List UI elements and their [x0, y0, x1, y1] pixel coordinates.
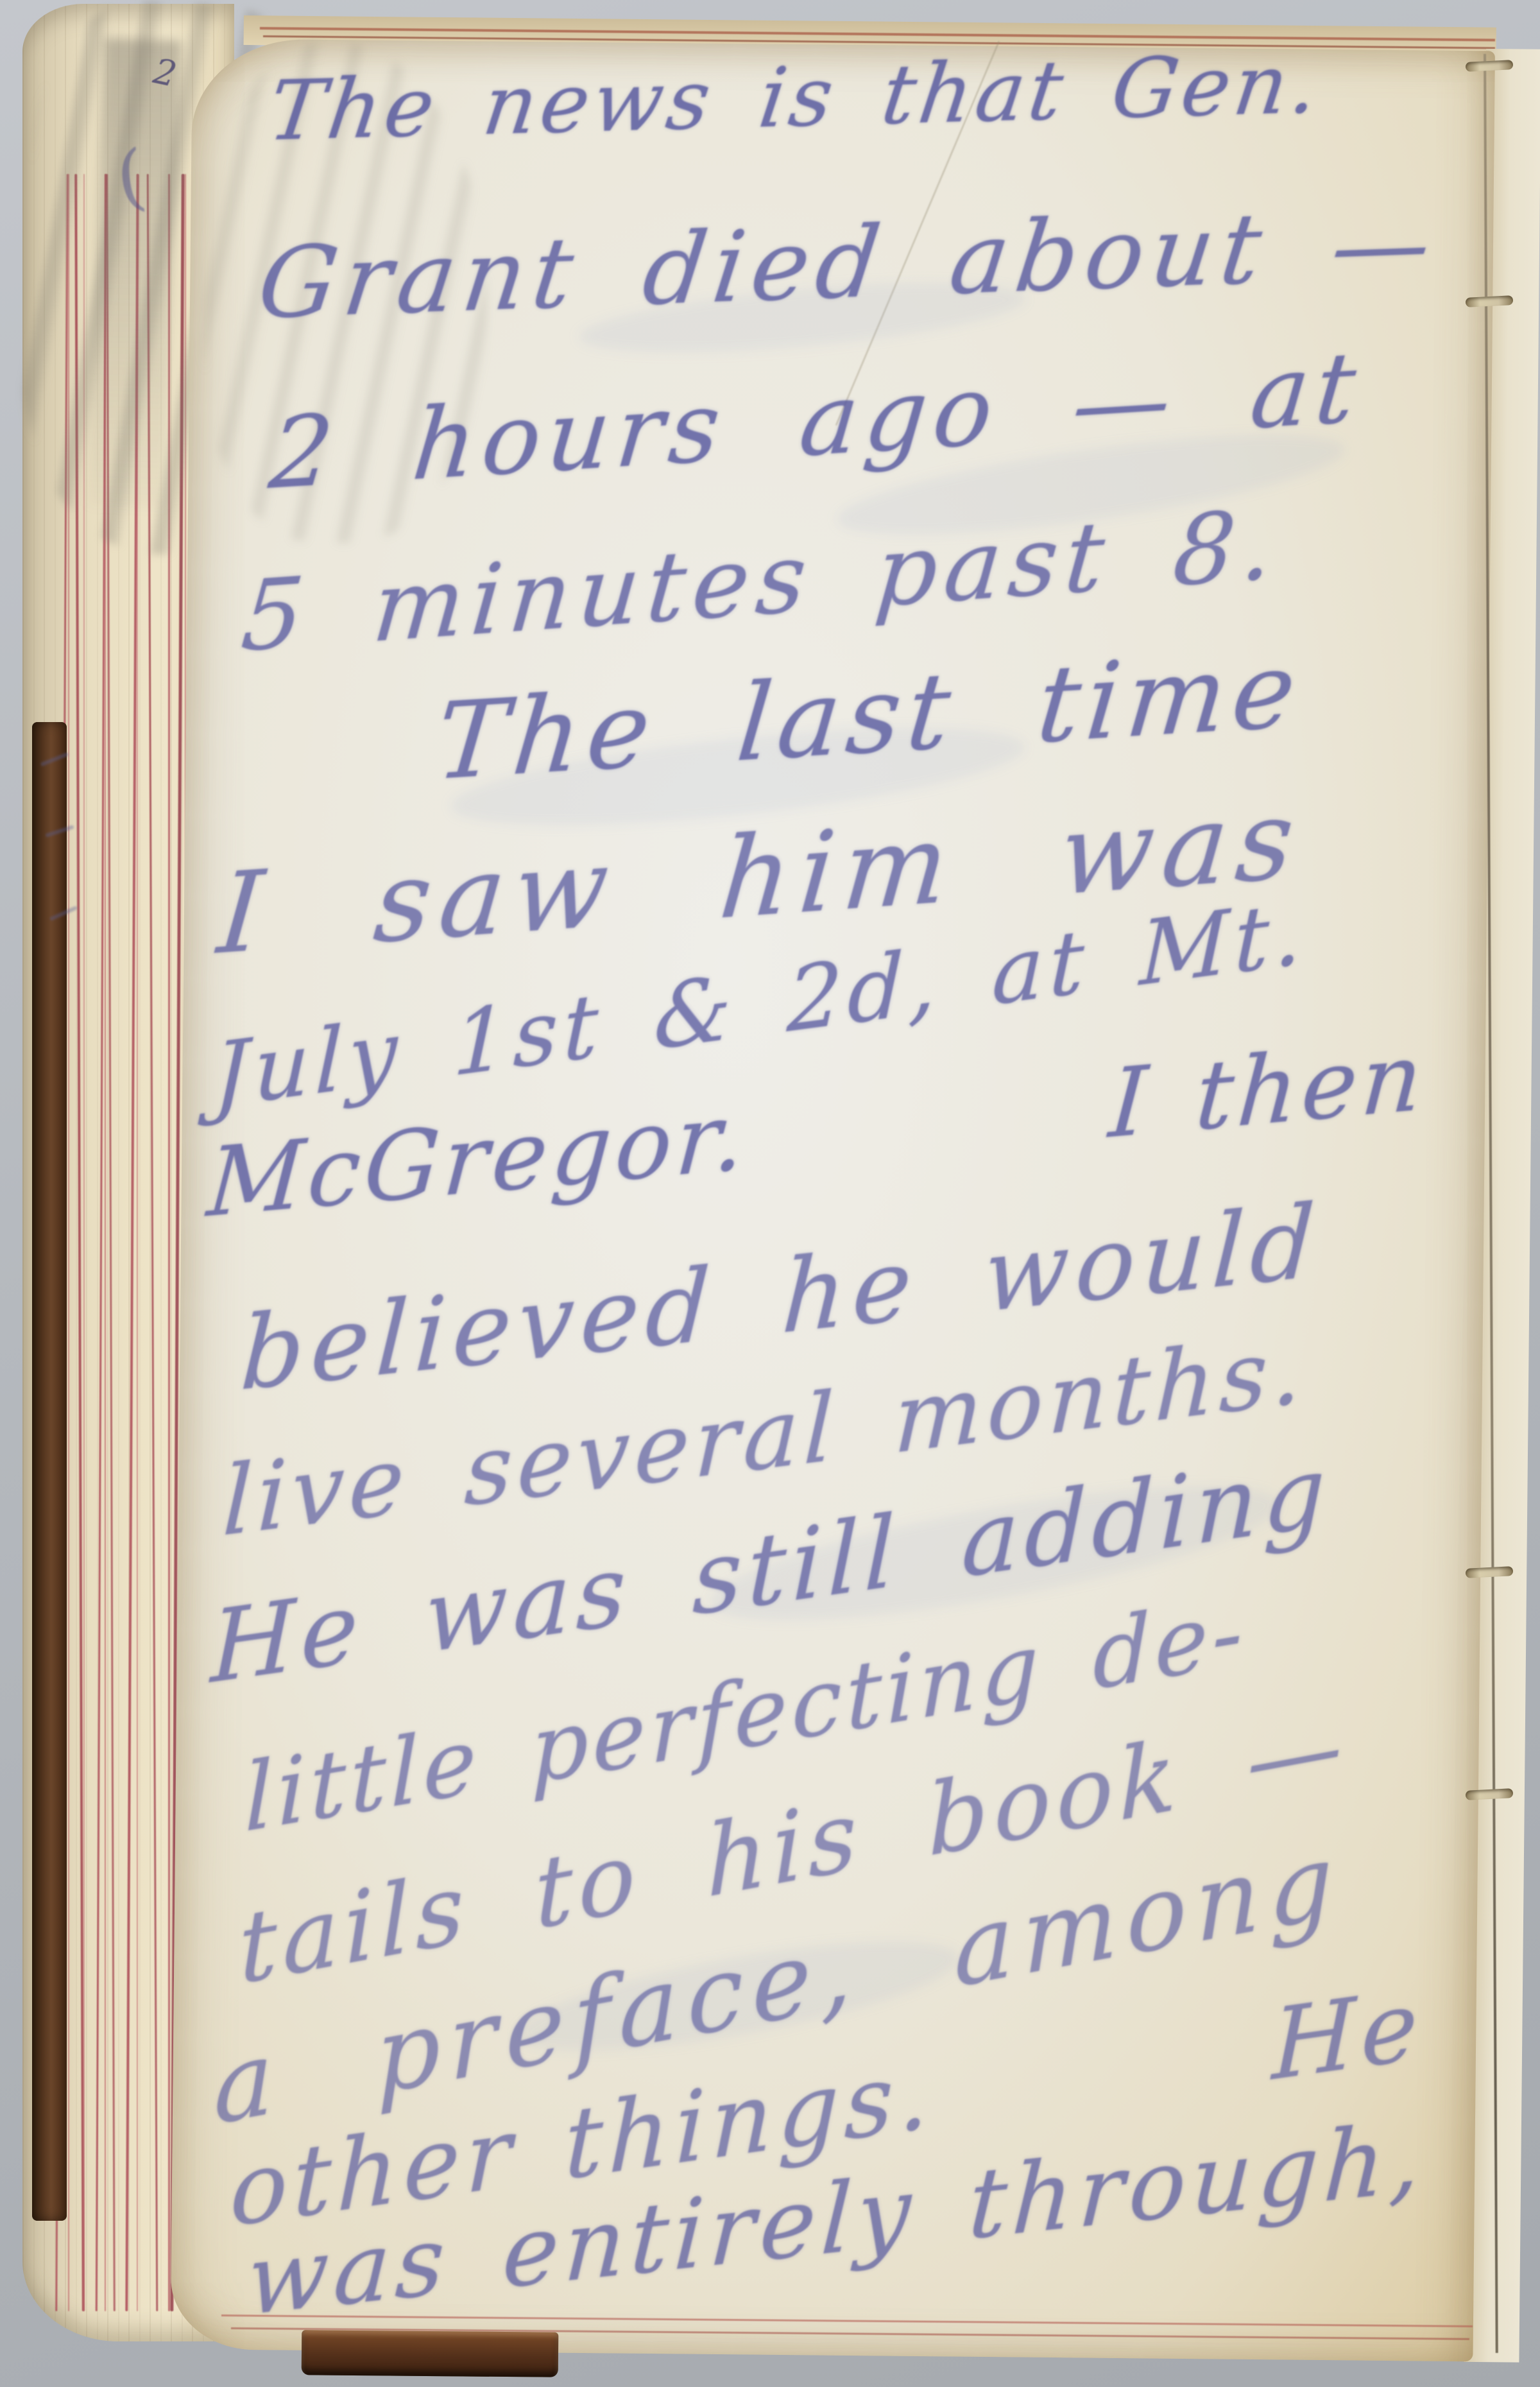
book-spine-leather	[32, 722, 67, 2221]
water-stain	[88, 38, 181, 509]
cover-leather-tab	[302, 2330, 559, 2377]
notebook-photo: The news is that Gen. Grant died about —…	[0, 0, 1540, 2387]
